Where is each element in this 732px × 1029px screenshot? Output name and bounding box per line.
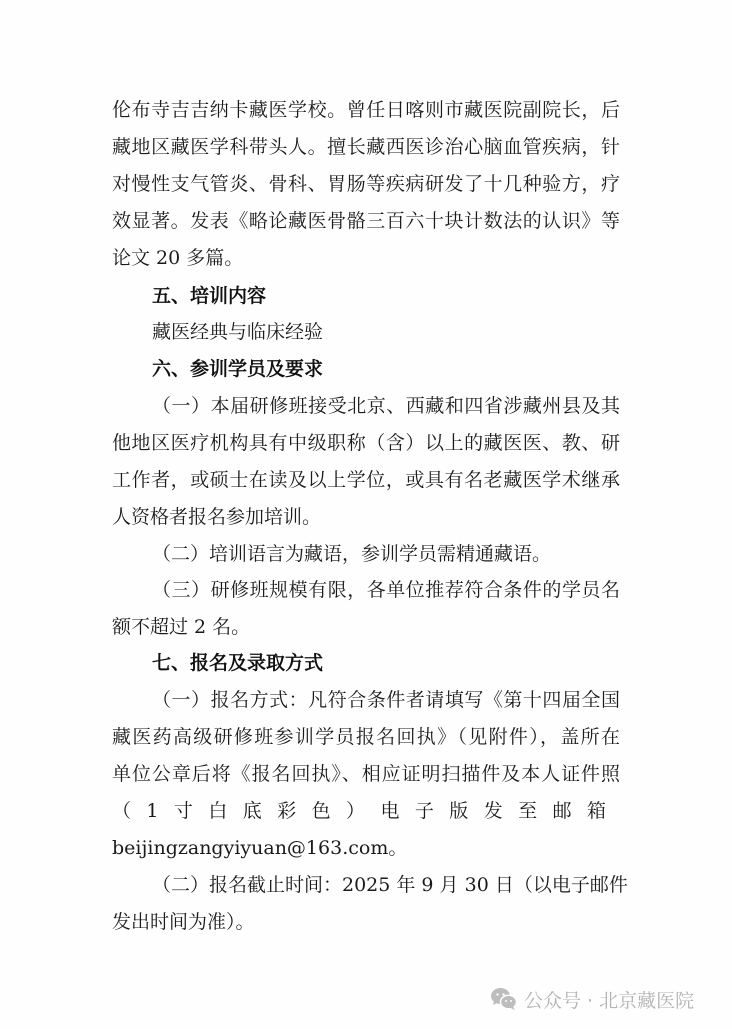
body-line: 他地区医疗机构具有中级职称（含）以上的藏医医、教、研	[112, 428, 620, 458]
body-line: 人资格者报名参加培训。	[112, 502, 620, 532]
body-line: 伦布寺吉吉纳卡藏医学校。曾任日喀则市藏医院副院长，后	[112, 95, 620, 125]
body-line: 工作者，或硕士在读及以上学位，或具有名老藏医学术继承	[112, 465, 620, 495]
section-heading-training-content: 五、培训内容	[152, 281, 620, 311]
section-heading-participants: 六、参训学员及要求	[152, 354, 620, 384]
body-line: 对慢性支气管炎、骨科、胃肠等疾病研发了十几种验方，疗	[112, 169, 620, 199]
body-line: （二）培训语言为藏语，参训学员需精通藏语。	[152, 539, 620, 569]
body-line: 发出时间为准）。	[112, 907, 620, 937]
body-line: （一）报名方式：凡符合条件者请填写《第十四届全国	[152, 685, 620, 715]
wechat-icon	[490, 987, 518, 1011]
wechat-watermark: 公众号 · 北京藏医院	[490, 984, 694, 1014]
body-line: （二）报名截止时间：2025 年 9 月 30 日（以电子邮件	[152, 870, 620, 900]
body-line: （一）本届研修班接受北京、西藏和四省涉藏州县及其	[152, 391, 620, 421]
watermark-label: 公众号 · 北京藏医院	[524, 986, 694, 1013]
body-line: （三）研修班规模有限，各单位推荐符合条件的学员名	[152, 575, 620, 605]
body-line: 额不超过 2 名。	[112, 612, 620, 642]
body-line: （1寸白底彩色）电子版发至邮箱	[112, 796, 620, 826]
body-line: 论文 20 多篇。	[112, 243, 620, 273]
body-line: 效显著。发表《略论藏医骨骼三百六十块计数法的认识》等	[112, 206, 620, 236]
body-line: 藏医药高级研修班参训学员报名回执》（见附件），盖所在	[112, 722, 620, 752]
body-line: 单位公章后将《报名回执》、相应证明扫描件及本人证件照	[112, 759, 620, 789]
email-address: beijingzangyiyuan@163.com。	[112, 833, 620, 863]
section-heading-registration: 七、报名及录取方式	[152, 648, 620, 678]
body-line: 藏医经典与临床经验	[152, 317, 620, 347]
body-line: 藏地区藏医学科带头人。擅长藏西医诊治心脑血管疾病，针	[112, 132, 620, 162]
document-page: 伦布寺吉吉纳卡藏医学校。曾任日喀则市藏医院副院长，后 藏地区藏医学科带头人。擅长…	[0, 0, 732, 1029]
